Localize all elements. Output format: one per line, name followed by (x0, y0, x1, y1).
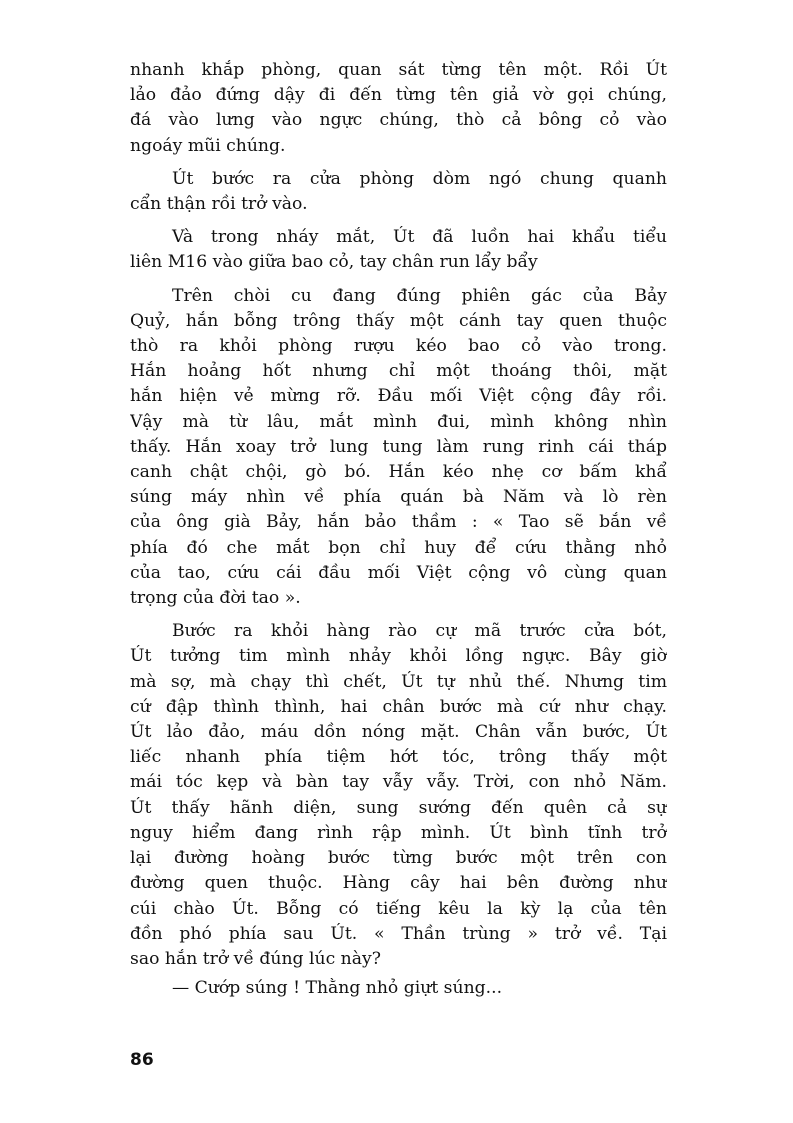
text-line: thò ra khỏi phòng rượu kéo bao cỏ vào tr… (130, 334, 667, 359)
book-page-body: nhanh khắp phòng, quan sát từng tên một.… (130, 58, 667, 1001)
text-line: đá vào lưng vào ngực chúng, thò cả bông … (130, 108, 667, 133)
text-line: cúi chào Út. Bỗng có tiếng kêu la kỳ lạ … (130, 897, 667, 922)
text-line: Út bước ra cửa phòng dòm ngó chung quanh (130, 167, 667, 192)
text-line: lảo đảo đứng dậy đi đến từng tên giả vờ … (130, 83, 667, 108)
text-line: nguy hiểm đang rình rập mình. Út bình tĩ… (130, 821, 667, 846)
text-line: Út tưởng tim mình nhảy khỏi lồng ngực. B… (130, 644, 667, 669)
text-line: súng máy nhìn về phía quán bà Năm và lò … (130, 485, 667, 510)
text-line: Út lảo đảo, máu dồn nóng mặt. Chân vẫn b… (130, 720, 667, 745)
paragraph-3: Và trong nháy mắt, Út đã luồn hai khẩu t… (130, 225, 667, 275)
text-line: hắn hiện vẻ mừng rỡ. Đầu mối Việt cộng đ… (130, 384, 667, 409)
paragraph-1: nhanh khắp phòng, quan sát từng tên một.… (130, 58, 667, 159)
text-line: đồn phó phía sau Út. « Thần trùng » trở … (130, 922, 667, 947)
text-line: của ông già Bảy, hắn bảo thầm : « Tao sẽ… (130, 510, 667, 535)
text-line: Hắn hoảng hốt nhưng chỉ một thoáng thôi,… (130, 359, 667, 384)
text-line: liên M16 vào giữa bao cỏ, tay chân run l… (130, 250, 667, 275)
paragraph-5: Bước ra khỏi hàng rào cự mã trước cửa bó… (130, 619, 667, 972)
text-line: Trên chòi cu đang đúng phiên gác của Bảy (130, 284, 667, 309)
text-line: nhanh khắp phòng, quan sát từng tên một.… (130, 58, 667, 83)
text-line: sao hắn trở về đúng lúc này? (130, 947, 667, 972)
paragraph-2: Út bước ra cửa phòng dòm ngó chung quanh… (130, 167, 667, 217)
text-line: Quỷ, hắn bỗng trông thấy một cánh tay qu… (130, 309, 667, 334)
text-line: liếc nhanh phía tiệm hớt tóc, trông thấy… (130, 745, 667, 770)
text-line: Vậy mà từ lâu, mắt mình đui, mình không … (130, 410, 667, 435)
text-line: thấy. Hắn xoay trở lung tung làm rung ri… (130, 435, 667, 460)
text-line: cẩn thận rồi trở vào. (130, 192, 667, 217)
text-line: — Cướp súng ! Thằng nhỏ giựt súng... (130, 976, 667, 1001)
text-line: của tao, cứu cái đầu mối Việt cộng vô cù… (130, 561, 667, 586)
page-number: 86 (130, 1050, 154, 1070)
text-line: mà sợ, mà chạy thì chết, Út tự nhủ thế. … (130, 670, 667, 695)
text-line: lại đường hoàng bước từng bước một trên … (130, 846, 667, 871)
paragraph-4: Trên chòi cu đang đúng phiên gác của Bảy… (130, 284, 667, 612)
text-line: đường quen thuộc. Hàng cây hai bên đường… (130, 871, 667, 896)
text-line: Út thấy hãnh diện, sung sướng đến quên c… (130, 796, 667, 821)
text-line: mái tóc kẹp và bàn tay vẫy vẫy. Trời, co… (130, 770, 667, 795)
text-line: canh chật chội, gò bó. Hắn kéo nhẹ cơ bấ… (130, 460, 667, 485)
text-line: ngoáy mũi chúng. (130, 134, 667, 159)
text-line: trọng của đời tao ». (130, 586, 667, 611)
text-line: Bước ra khỏi hàng rào cự mã trước cửa bó… (130, 619, 667, 644)
text-line: cứ đập thình thình, hai chân bước mà cứ … (130, 695, 667, 720)
text-line: phía đó che mắt bọn chỉ huy để cứu thằng… (130, 536, 667, 561)
dialogue-line: — Cướp súng ! Thằng nhỏ giựt súng... (130, 976, 667, 1001)
text-line: Và trong nháy mắt, Út đã luồn hai khẩu t… (130, 225, 667, 250)
